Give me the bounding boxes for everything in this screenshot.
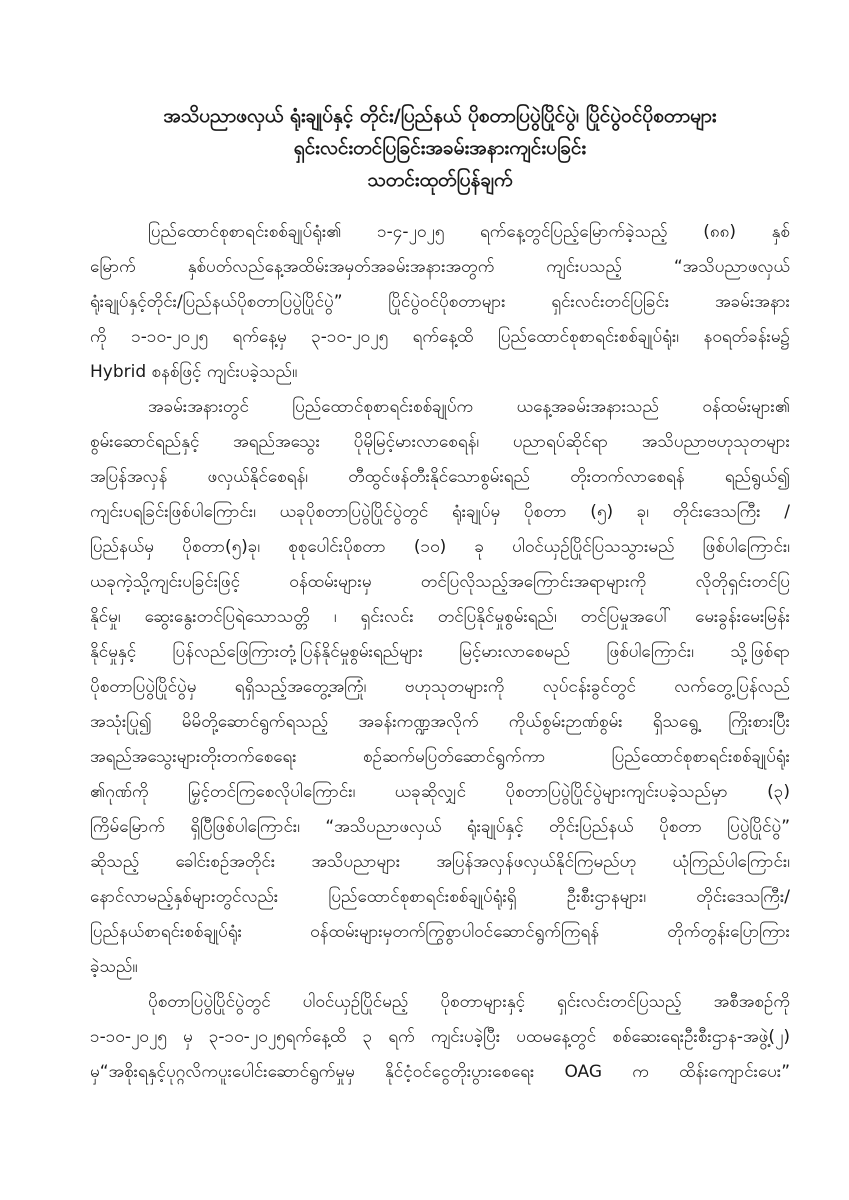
paragraph-line: မှ“အစိုးရနှင့်ပုဂ္ဂလိကပူးပေါင်းဆောင်ရွက်… <box>90 1055 790 1090</box>
paragraph-line: မြောက် နှစ်ပတ်လည်နေ့အထိမ်းအမှတ်အခမ်းအနား… <box>90 250 790 285</box>
paragraph-line: ၏ဂုဏ်ကို မြှင့်တင်ကြစေလိုပါကြောင်း၊ ယခုဆ… <box>90 775 790 810</box>
paragraph-line: အခမ်းအနားတွင် ပြည်ထောင်စုစာရင်းစစ်ချုပ်က… <box>90 390 790 425</box>
paragraph-line: အပြန်အလှန် ဖလှယ်နိုင်စေရန်၊ တီထွင်ဖန်တီး… <box>90 460 790 495</box>
paragraph-line: ပိုစတာပြပွဲပြိုင်ပွဲတွင် ပါဝင်ယှဉ်ပြိုင်… <box>90 985 790 1020</box>
paragraph-line: ပြည်ထောင်စုစာရင်းစစ်ချုပ်ရုံး၏ ၁-၄-၂၀၂၅ … <box>90 215 790 250</box>
title-line-3: သတင်းထုတ်ပြန်ချက် <box>90 164 790 196</box>
document-body: ပြည်ထောင်စုစာရင်းစစ်ချုပ်ရုံး၏ ၁-၄-၂၀၂၅ … <box>90 215 790 1090</box>
paragraph-line: ၁-၁၀-၂၀၂၅ မှ ၃-၁၀-၂၀၂၅ရက်နေ့ထိ ၃ ရက် ကျင… <box>90 1020 790 1055</box>
document-page: အသိပညာဖလှယ် ရုံးချုပ်နှင့် တိုင်း/ပြည်နယ… <box>0 0 849 1200</box>
paragraph-line: အသုံးပြု၍ မိမိတို့ဆောင်ရွက်ရသည့် အခန်းကဏ… <box>90 705 790 740</box>
paragraph-line: ရုံးချုပ်နှင့်တိုင်း/ပြည်နယ်ပိုစတာပြပွဲပ… <box>90 285 790 320</box>
paragraph-line: နိုင်မှု၊ ဆွေးနွေးတင်ပြရဲသောသတ္တိ ၊ ရှင်… <box>90 600 790 635</box>
title-line-1: အသိပညာဖလှယ် ရုံးချုပ်နှင့် တိုင်း/ပြည်နယ… <box>90 100 790 132</box>
paragraph-line: ကို ၁-၁၀-၂၀၂၅ ရက်နေ့မှ ၃-၁၀-၂၀၂၅ ရက်နေ့ထ… <box>90 320 790 355</box>
paragraph-3: ပိုစတာပြပွဲပြိုင်ပွဲတွင် ပါဝင်ယှဉ်ပြိုင်… <box>90 985 790 1090</box>
paragraph-line: နောင်လာမည့်နှစ်များတွင်လည်း ပြည်ထောင်စုစ… <box>90 880 790 915</box>
paragraph-line: ယခုကဲ့သို့ကျင်းပခြင်းဖြင့် ဝန်ထမ်းများမှ… <box>90 565 790 600</box>
paragraph-line: ခဲ့သည်။ <box>90 950 790 985</box>
paragraph-line: အရည်အသွေးများတိုးတက်စေရေး စဉ်ဆက်မပြတ်ဆော… <box>90 740 790 775</box>
paragraph-line: ဆိုသည့် ခေါင်းစဉ်အတိုင်း အသိပညာများ အပြန… <box>90 845 790 880</box>
title-line-2: ရှင်းလင်းတင်ပြခြင်းအခမ်းအနားကျင်းပခြင်း <box>90 132 790 164</box>
paragraph-line: ကျင်းပရခြင်းဖြစ်ပါကြောင်း၊ ယခုပိုစတာပြပွ… <box>90 495 790 530</box>
paragraph-1: ပြည်ထောင်စုစာရင်းစစ်ချုပ်ရုံး၏ ၁-၄-၂၀၂၅ … <box>90 215 790 390</box>
paragraph-line: Hybrid စနစ်ဖြင့် ကျင်းပခဲ့သည်။ <box>90 355 790 390</box>
paragraph-line: ပြည်နယ်မှ ပိုစတာ(၅)ခု၊ စုစုပေါင်းပိုစတာ … <box>90 530 790 565</box>
press-release-title: အသိပညာဖလှယ် ရုံးချုပ်နှင့် တိုင်း/ပြည်နယ… <box>90 100 790 196</box>
paragraph-line: ပိုစတာပြပွဲပြိုင်ပွဲမှ ရရှိသည့်အတွေ့အကြု… <box>90 670 790 705</box>
paragraph-line: နိုင်မှုနှင့် ပြန်လည်ဖြေကြားတုံ့ပြန်နိုင… <box>90 635 790 670</box>
paragraph-line: ကြိမ်မြောက် ရှိပြီဖြစ်ပါကြောင်း၊ “အသိပညာ… <box>90 810 790 845</box>
paragraph-line: စွမ်းဆောင်ရည်နှင့် အရည်အသွေး ပိုမိုမြင့်… <box>90 425 790 460</box>
paragraph-line: ပြည်နယ်စာရင်းစစ်ချုပ်ရုံး ဝန်ထမ်းများမှတ… <box>90 915 790 950</box>
paragraph-2: အခမ်းအနားတွင် ပြည်ထောင်စုစာရင်းစစ်ချုပ်က… <box>90 390 790 985</box>
